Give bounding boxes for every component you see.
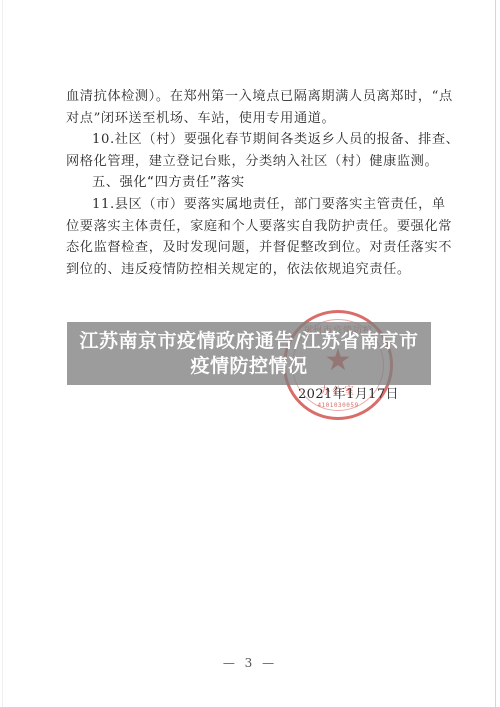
page-left-edge <box>2 0 3 707</box>
overlay-title: 江苏南京市疫情政府通告/江苏省南京市疫情防控情况 <box>79 329 419 379</box>
body-line: 对点”闭环送至机场、车站，使用专用通道。 <box>66 108 438 130</box>
body-line: 位要落实主体责任，家庭和个人要落实自我防护责任。要强化常 <box>66 216 438 238</box>
body-line: 网格化管理，建立登记台账，分类纳入社区（村）健康监测。 <box>66 151 438 173</box>
body-line: 态化监督检查，及时发现问题，并督促整改到位。对责任落实不 <box>66 237 438 259</box>
body-line: 血清抗体检测）。在郑州第一入境点已隔离期满人员离郑时，“点 <box>66 86 438 108</box>
body-line-item-10: 10.社区（村）要强化春节期间各类返乡人员的报备、排查、 <box>66 129 438 151</box>
body-line: 到位的、违反疫情防控相关规定的，依法依规追究责任。 <box>66 259 438 281</box>
body-line-item-11: 11.县区（市）要落实属地责任，部门要落实主管责任，单 <box>66 194 438 216</box>
seal-code: 4101030059 <box>286 402 390 409</box>
section-heading-5: 五、强化“四方责任”落实 <box>66 172 438 194</box>
document-date: 2021年1月17日 <box>298 383 399 402</box>
document-page: 血清抗体检测）。在郑州第一入境点已隔离期满人员离郑时，“点 对点”闭环送至机场、… <box>0 0 500 707</box>
document-body: 血清抗体检测）。在郑州第一入境点已隔离期满人员离郑时，“点 对点”闭环送至机场、… <box>66 86 438 280</box>
page-number: — 3 — <box>0 656 500 670</box>
page-right-edge <box>495 0 496 707</box>
title-overlay-banner: 江苏南京市疫情政府通告/江苏省南京市疫情防控情况 <box>67 322 431 385</box>
